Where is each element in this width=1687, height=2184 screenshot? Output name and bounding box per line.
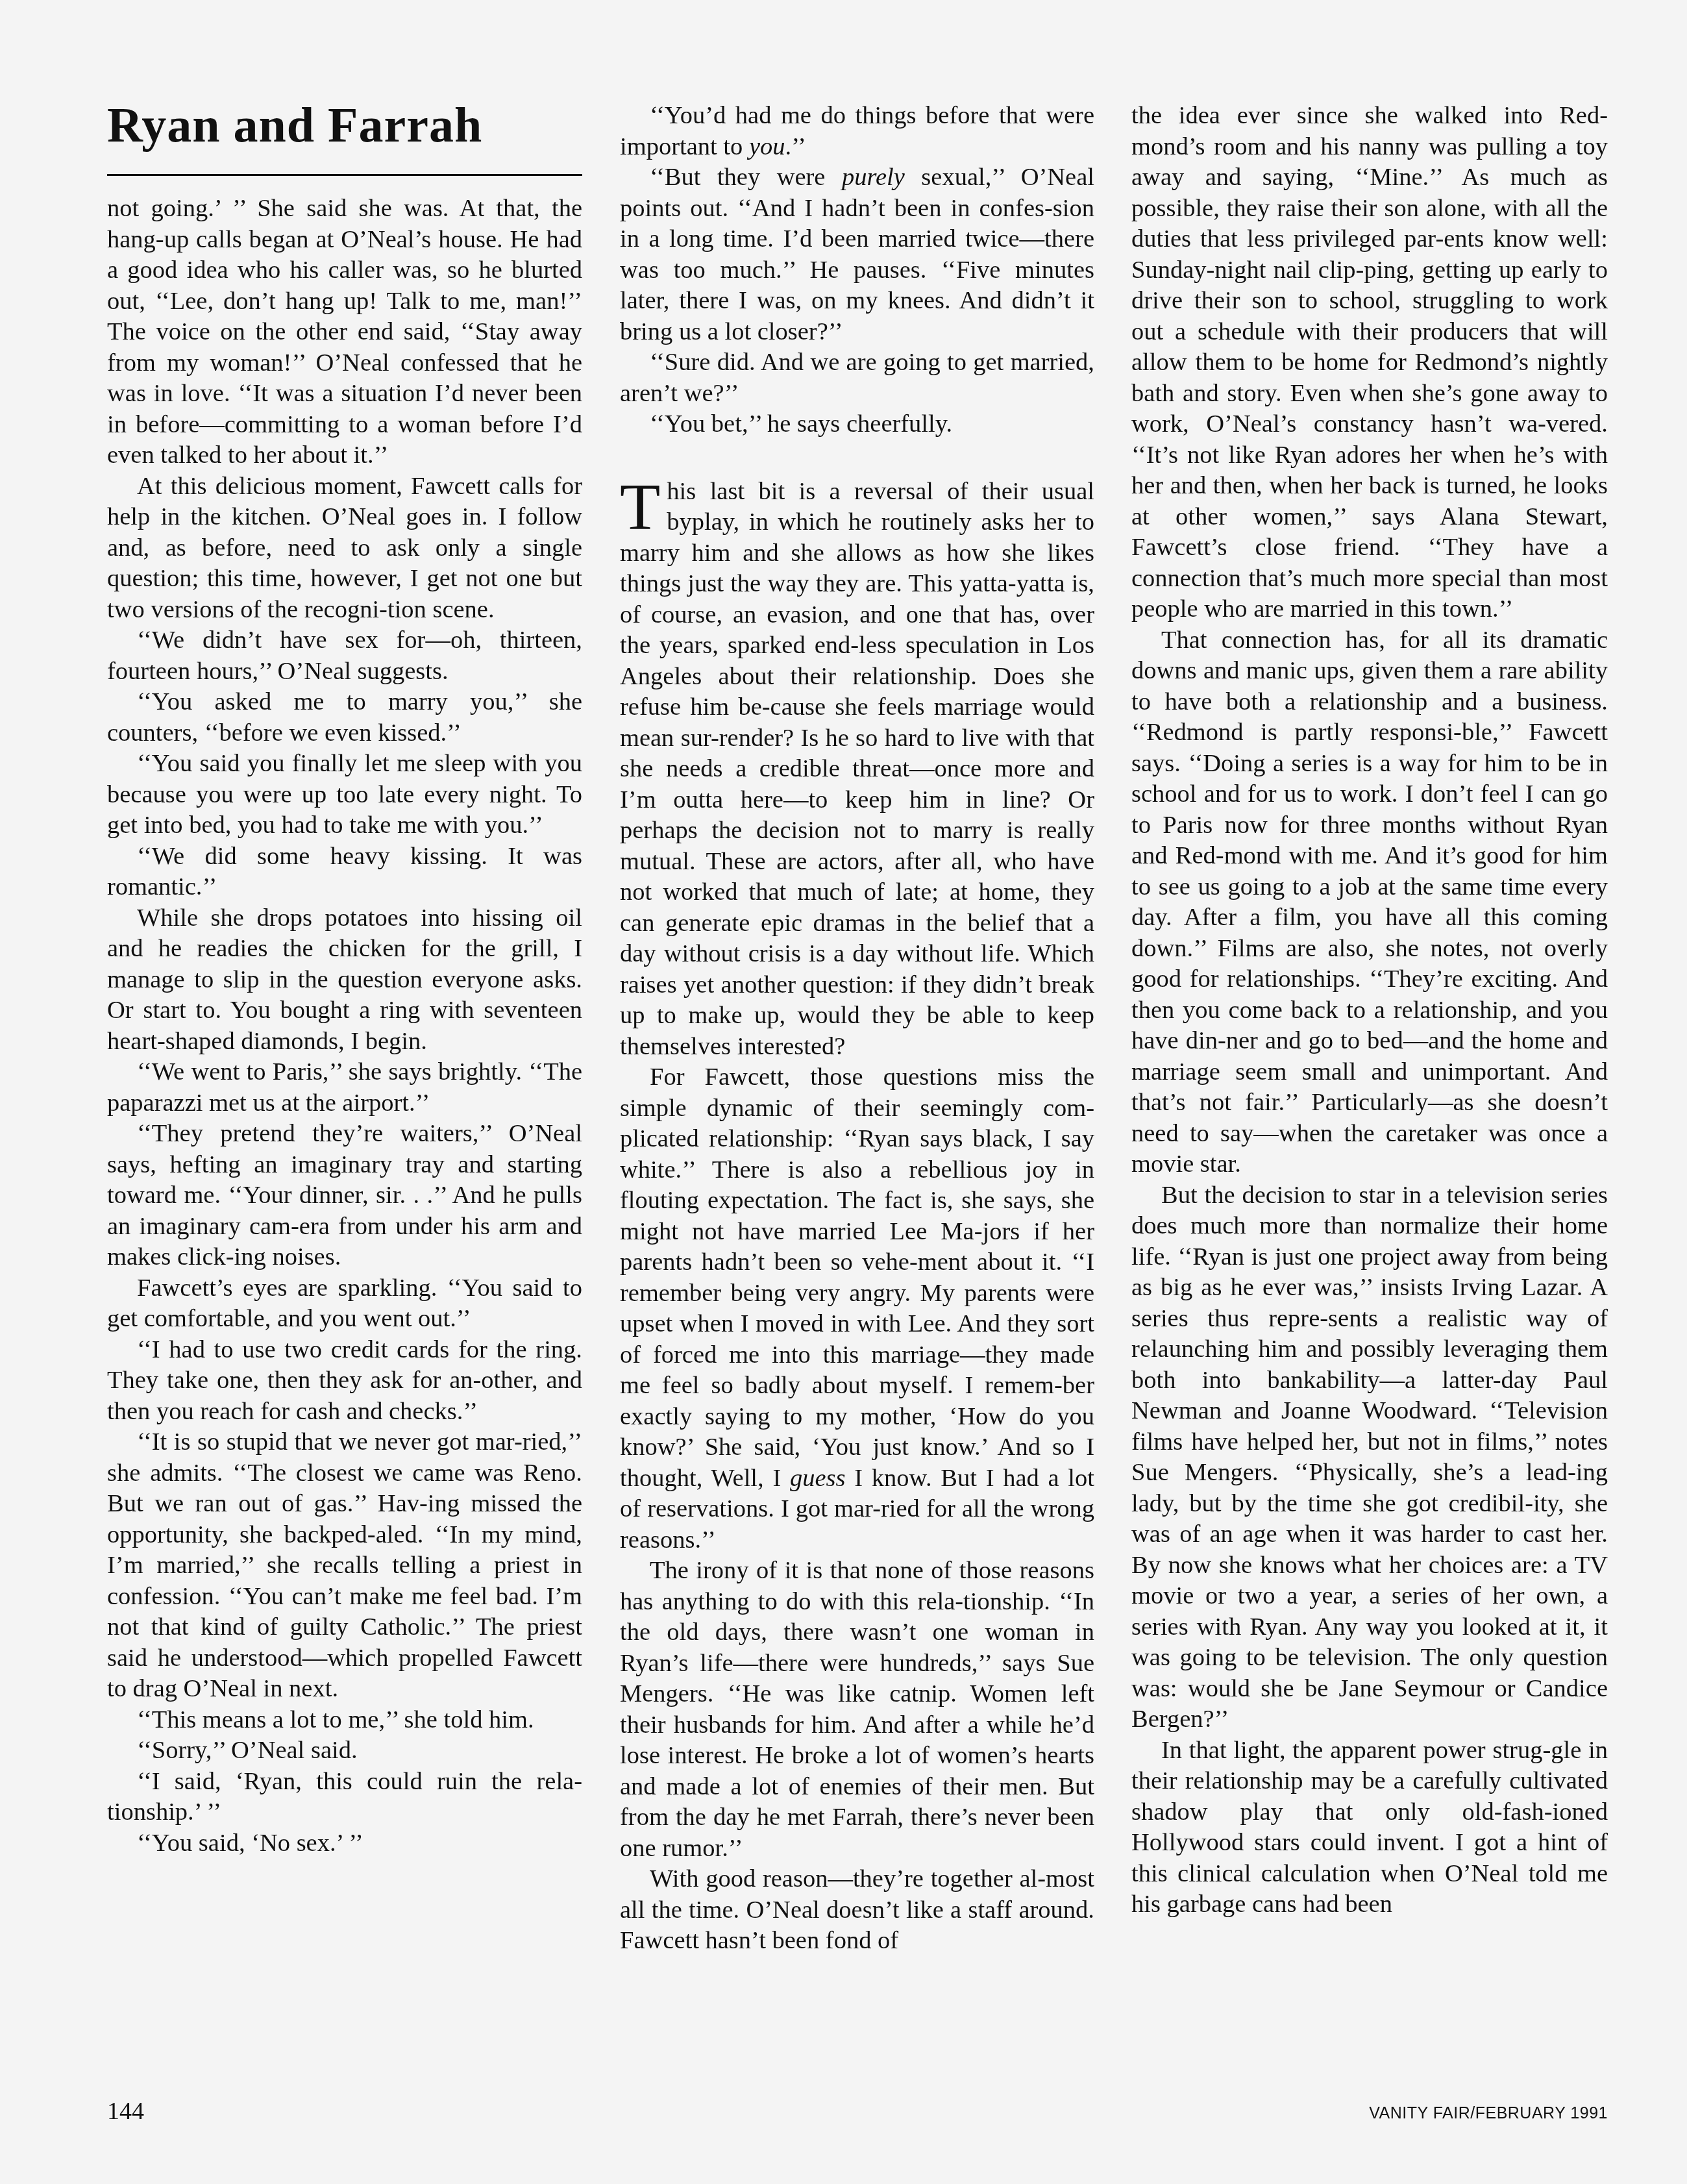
- paragraph: ‘‘You asked me to marry you,’’ she count…: [107, 687, 582, 749]
- paragraph: That connection has, for all its dramati…: [1131, 625, 1608, 1180]
- paragraph: ‘‘I said, ‘Ryan, this could ruin the rel…: [107, 1767, 582, 1828]
- paragraph: ‘‘Sorry,’’ O’Neal said.: [107, 1735, 582, 1767]
- italic-emphasis: purely: [842, 164, 905, 191]
- paragraph: ‘‘We did some heavy kissing. It was roma…: [107, 841, 582, 903]
- paragraph: In that light, the apparent power strug-…: [1131, 1735, 1608, 1920]
- paragraph: The irony of it is that none of those re…: [620, 1556, 1094, 1864]
- italic-emphasis: guess: [790, 1465, 846, 1492]
- paragraph: At this delicious moment, Fawcett calls …: [107, 471, 582, 626]
- text-column-3: the idea ever since she walked into Red-…: [1131, 101, 1608, 1920]
- paragraph: With good reason—they’re together al-mos…: [620, 1864, 1094, 1957]
- paragraph: ‘‘I had to use two credit cards for the …: [107, 1335, 582, 1428]
- paragraph: the idea ever since she walked into Red-…: [1131, 101, 1608, 625]
- paragraph: ‘‘This means a lot to me,’’ she told him…: [107, 1705, 582, 1736]
- paragraph: ‘‘You’d had me do things before that wer…: [620, 101, 1094, 162]
- paragraph: ‘‘We went to Paris,’’ she says brightly.…: [107, 1057, 582, 1119]
- paragraph: Fawcett’s eyes are sparkling. ‘‘You said…: [107, 1273, 582, 1335]
- paragraph: ‘‘It is so stupid that we never got mar-…: [107, 1427, 582, 1705]
- title-rule-divider: [107, 174, 582, 176]
- paragraph: ‘‘You said, ‘No sex.’ ’’: [107, 1828, 582, 1859]
- page-number: 144: [107, 2098, 144, 2124]
- text-run: ‘‘But they were: [650, 164, 842, 191]
- italic-emphasis: you: [749, 133, 785, 160]
- drop-cap: T: [620, 482, 660, 534]
- text-run: .’’: [785, 133, 806, 160]
- paragraph: not going.’ ’’ She said she was. At that…: [107, 193, 582, 471]
- text-run: his last bit is a reversal of their usua…: [620, 478, 1094, 1060]
- paragraph: ‘‘But they were purely sexual,’’ O’Neal …: [620, 162, 1094, 347]
- publication-credit: VANITY FAIR/FEBRUARY 1991: [1369, 2103, 1608, 2123]
- paragraph: ‘‘They pretend they’re waiters,’’ O’Neal…: [107, 1119, 582, 1273]
- text-column-2: ‘‘You’d had me do things before that wer…: [620, 101, 1094, 1957]
- section-break-spacer: [620, 440, 1094, 477]
- dropcap-paragraph: This last bit is a reversal of their usu…: [620, 477, 1094, 1063]
- paragraph: ‘‘You said you finally let me sleep with…: [107, 749, 582, 841]
- paragraph: For Fawcett, those questions miss the si…: [620, 1062, 1094, 1556]
- paragraph: ‘‘We didn’t have sex for—oh, thirteen, f…: [107, 625, 582, 687]
- article-title: Ryan and Farrah: [107, 96, 584, 155]
- text-column-1: not going.’ ’’ She said she was. At that…: [107, 193, 582, 1859]
- paragraph: ‘‘You bet,’’ he says cheerfully.: [620, 409, 1094, 440]
- paragraph: ‘‘Sure did. And we are going to get marr…: [620, 347, 1094, 409]
- text-run: For Fawcett, those questions miss the si…: [620, 1063, 1094, 1492]
- paragraph: But the decision to star in a television…: [1131, 1180, 1608, 1735]
- text-run: ‘‘You’d had me do things before that wer…: [620, 102, 1094, 160]
- paragraph: While she drops potatoes into hissing oi…: [107, 903, 582, 1058]
